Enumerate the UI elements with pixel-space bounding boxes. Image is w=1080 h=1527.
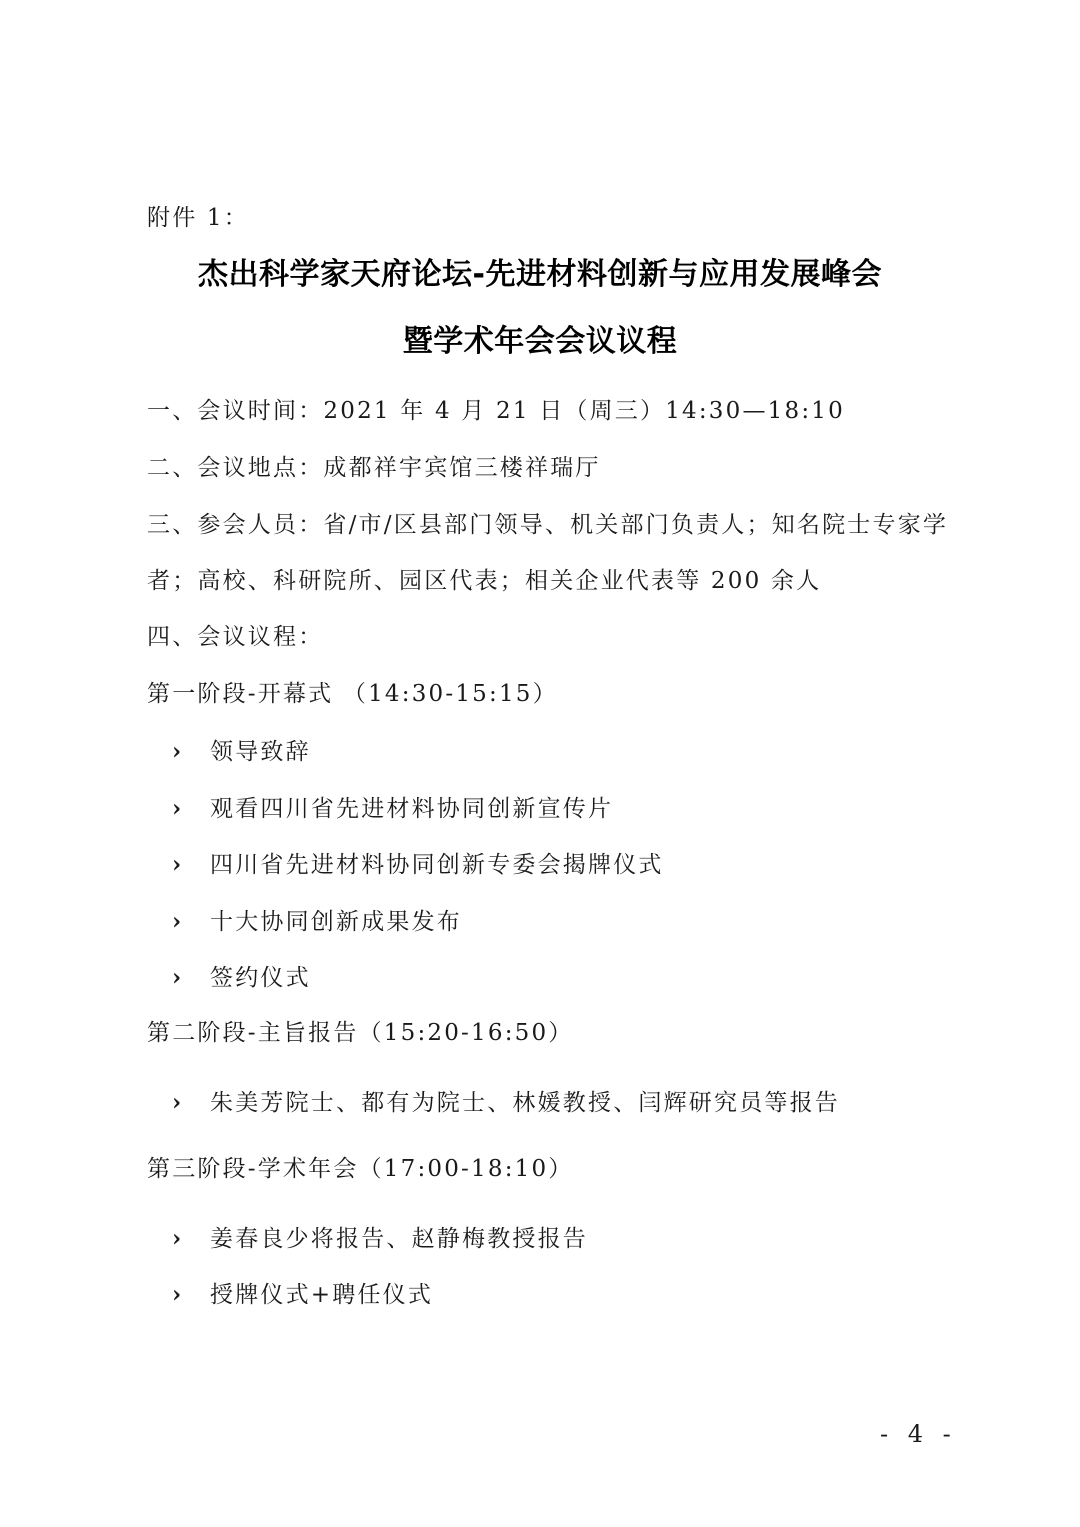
- list-item: ›观看四川省先进材料协同创新宣传片: [172, 794, 613, 824]
- stage2-heading: 第二阶段-主旨报告（15:20-16:50）: [147, 1018, 574, 1048]
- chevron-right-icon: ›: [172, 907, 210, 937]
- stage3-heading: 第三阶段-学术年会（17:00-18:10）: [147, 1154, 574, 1184]
- chevron-right-icon: ›: [172, 794, 210, 824]
- chevron-right-icon: ›: [172, 1088, 210, 1118]
- page-number: - 4 -: [880, 1420, 957, 1448]
- list-item: ›姜春良少将报告、赵静梅教授报告: [172, 1224, 588, 1254]
- document-title-line2: 暨学术年会会议议程: [0, 322, 1080, 362]
- attendees-line2: 者；高校、科研院所、园区代表；相关企业代表等 200 余人: [147, 566, 821, 596]
- list-item: ›四川省先进材料协同创新专委会揭牌仪式: [172, 850, 664, 880]
- meeting-location: 二、会议地点：成都祥宇宾馆三楼祥瑞厅: [147, 453, 601, 483]
- list-item: ›十大协同创新成果发布: [172, 907, 462, 937]
- chevron-right-icon: ›: [172, 850, 210, 880]
- document-title-line1: 杰出科学家天府论坛-先进材料创新与应用发展峰会: [0, 255, 1080, 295]
- chevron-right-icon: ›: [172, 1224, 210, 1254]
- list-item: ›朱美芳院士、都有为院士、林媛教授、闫辉研究员等报告: [172, 1088, 840, 1118]
- list-item: ›授牌仪式+聘任仪式: [172, 1280, 433, 1310]
- attendees-line1: 三、参会人员：省/市/区县部门领导、机关部门负责人；知名院士专家学: [147, 510, 948, 540]
- stage1-heading: 第一阶段-开幕式 （14:30-15:15）: [147, 679, 558, 709]
- meeting-time: 一、会议时间：2021 年 4 月 21 日（周三）14:30—18:10: [147, 396, 845, 426]
- attachment-label: 附件 1：: [147, 203, 249, 233]
- chevron-right-icon: ›: [172, 1280, 210, 1310]
- list-item: ›签约仪式: [172, 963, 311, 993]
- agenda-heading: 四、会议议程：: [147, 622, 323, 652]
- chevron-right-icon: ›: [172, 963, 210, 993]
- chevron-right-icon: ›: [172, 737, 210, 767]
- list-item: ›领导致辞: [172, 737, 311, 767]
